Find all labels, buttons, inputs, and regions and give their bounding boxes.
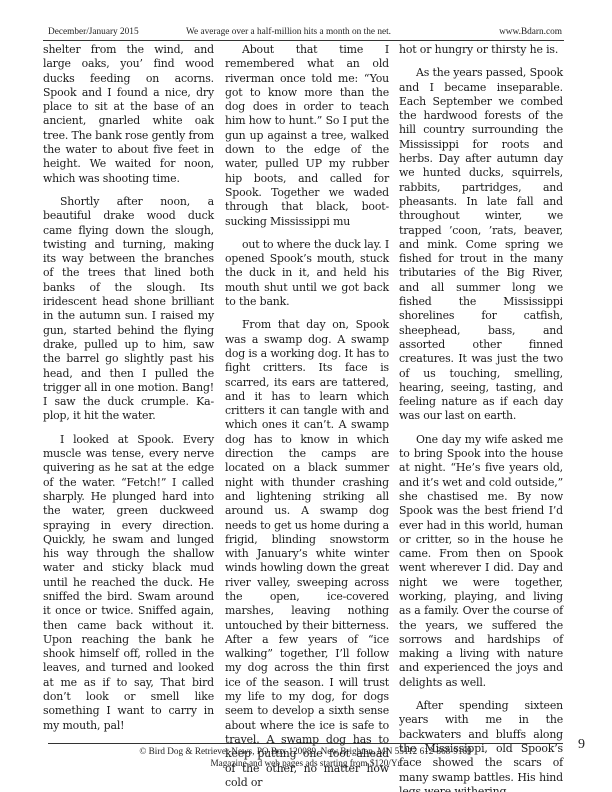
text-column-1: shelter from the wind, and large oaks, y… — [43, 43, 214, 733]
page-footer: © Bird Dog & Retriever News, PO Box 1200… — [48, 746, 563, 769]
header-tagline: We average over a half-million hits a mo… — [186, 26, 391, 39]
paragraph: From that day on, Spook was a swamp dog.… — [225, 318, 389, 790]
paragraph: I looked at Spook. Every muscle was tens… — [43, 433, 214, 733]
copyright-line: © Bird Dog & Retriever News, PO Box 1200… — [48, 746, 563, 758]
paragraph: One day my wife asked me to bring Spook … — [399, 433, 563, 690]
paragraph: out to where the duck lay. I opened Spoo… — [225, 238, 389, 309]
paragraph: shelter from the wind, and large oaks, y… — [43, 43, 214, 186]
footer-rule — [48, 743, 563, 744]
text-column-2: About that time I remembered what an old… — [225, 43, 389, 790]
paragraph: About that time I remembered what an old… — [225, 43, 389, 229]
ads-line: Magazine and web pages ads starting from… — [48, 758, 563, 770]
text-column-3: hot or hungry or thirsty he is. As the y… — [399, 43, 563, 792]
running-header: December/January 2015 We average over a … — [43, 26, 564, 41]
paragraph: hot or hungry or thirsty he is. — [399, 43, 563, 57]
website-url: www.Bdarn.com — [499, 26, 562, 39]
page-number: 9 — [578, 737, 585, 753]
paragraph: As the years passed, Spook and I became … — [399, 66, 563, 423]
issue-date: December/January 2015 — [48, 26, 139, 39]
paragraph: Shortly after noon, a beautiful drake wo… — [43, 195, 214, 424]
